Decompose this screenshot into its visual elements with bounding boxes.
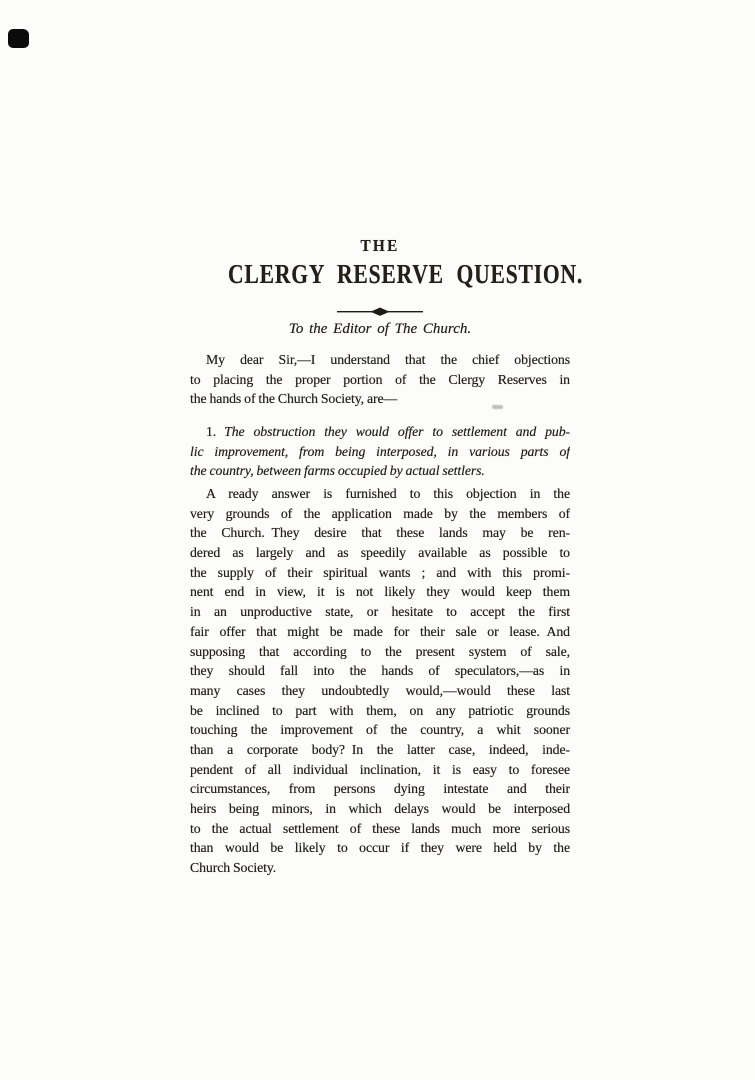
text-line: nent end in view, it is not likely they … xyxy=(190,582,570,602)
text-line: circumstances, from persons dying intest… xyxy=(190,779,570,799)
text-line: pendent of all individual inclination, i… xyxy=(190,760,570,780)
text-line: the supply of their spiritual wants ; an… xyxy=(190,563,570,583)
text-line: to placing the proper portion of the Cle… xyxy=(190,370,570,390)
text-line: many cases they undoubtedly would,—would… xyxy=(190,681,570,701)
text-line: the hands of the Church Society, are— xyxy=(190,389,570,409)
text-line: they should fall into the hands of specu… xyxy=(190,661,570,681)
item-number: 1. xyxy=(206,424,224,439)
text-line: 1.The obstruction they would offer to se… xyxy=(190,422,570,442)
scan-blot xyxy=(8,29,29,48)
numbered-item: 1.The obstruction they would offer to se… xyxy=(190,422,570,481)
text-line: My dear Sir,—I understand that the chief… xyxy=(190,350,570,370)
ornamental-divider xyxy=(337,304,423,314)
page-title: CLERGY RESERVE QUESTION. xyxy=(228,259,532,290)
text-line: dered as largely and as speedily availab… xyxy=(190,543,570,563)
text-line: fair offer that might be made for their … xyxy=(190,622,570,642)
text-line: touching the improvement of the country,… xyxy=(190,720,570,740)
heading-kicker: THE xyxy=(209,236,551,256)
text-line: lic improvement, from being interposed, … xyxy=(190,442,570,462)
text-line: than a corporate body? In the latter cas… xyxy=(190,740,570,760)
text-line: be inclined to part with them, on any pa… xyxy=(190,701,570,721)
item-text: The obstruction they would offer to sett… xyxy=(224,424,570,439)
scan-speck xyxy=(492,405,503,409)
text-line: heirs being minors, in which delays woul… xyxy=(190,799,570,819)
divider-diamond-icon xyxy=(337,307,423,317)
text-line: than would be likely to occur if they we… xyxy=(190,838,570,858)
salutation-line: To the Editor of The Church. xyxy=(190,321,570,338)
paragraph-objections: My dear Sir,—I understand that the chief… xyxy=(190,350,570,409)
text-line: very grounds of the application made by … xyxy=(190,504,570,524)
text-line: A ready answer is furnished to this obje… xyxy=(190,484,570,504)
text-line: the country, between farms occupied by a… xyxy=(190,461,570,481)
text-line: Church Society. xyxy=(190,858,570,878)
text-line: in an unproductive state, or hesitate to… xyxy=(190,602,570,622)
text-line: to the actual settlement of these lands … xyxy=(190,819,570,839)
scanned-document-page: THE CLERGY RESERVE QUESTION. To the Edit… xyxy=(0,0,755,1080)
paragraph-answer: A ready answer is furnished to this obje… xyxy=(190,484,570,878)
text-line: supposing that according to the present … xyxy=(190,642,570,662)
text-line: the Church. They desire that these lands… xyxy=(190,523,570,543)
